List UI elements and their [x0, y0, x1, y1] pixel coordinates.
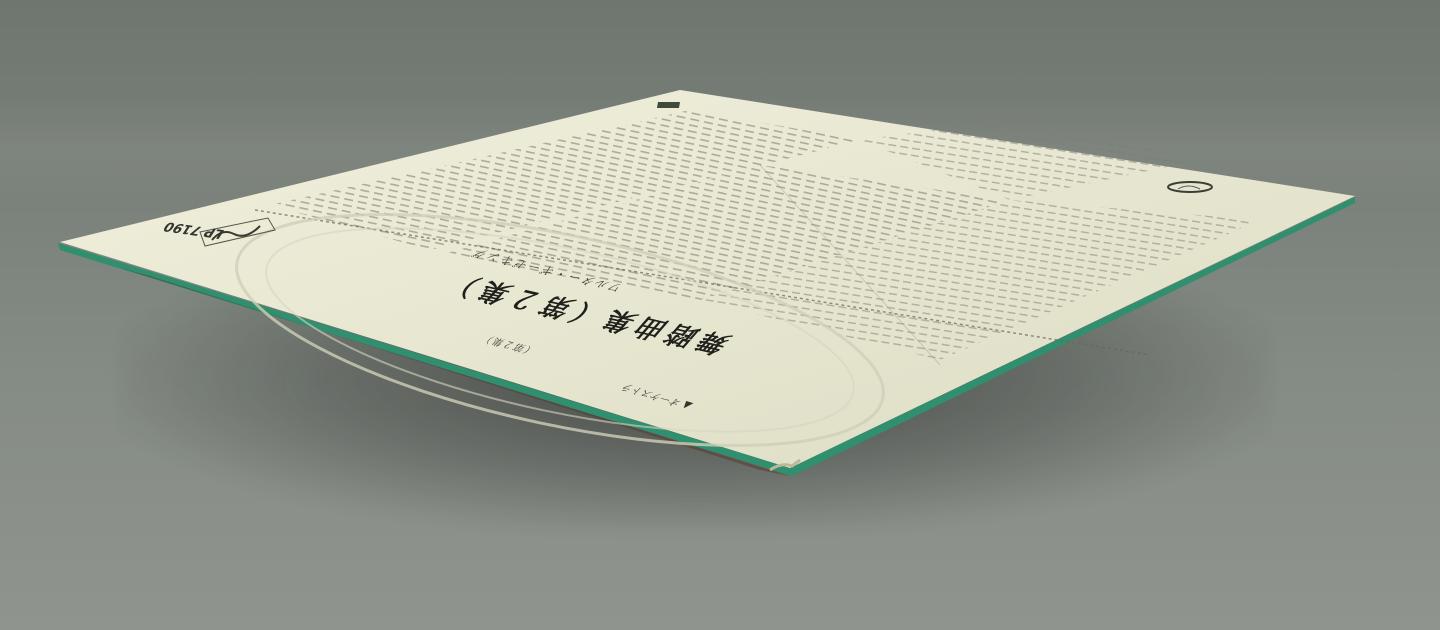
top-marker [657, 102, 680, 108]
record-sleeve [0, 0, 1440, 630]
